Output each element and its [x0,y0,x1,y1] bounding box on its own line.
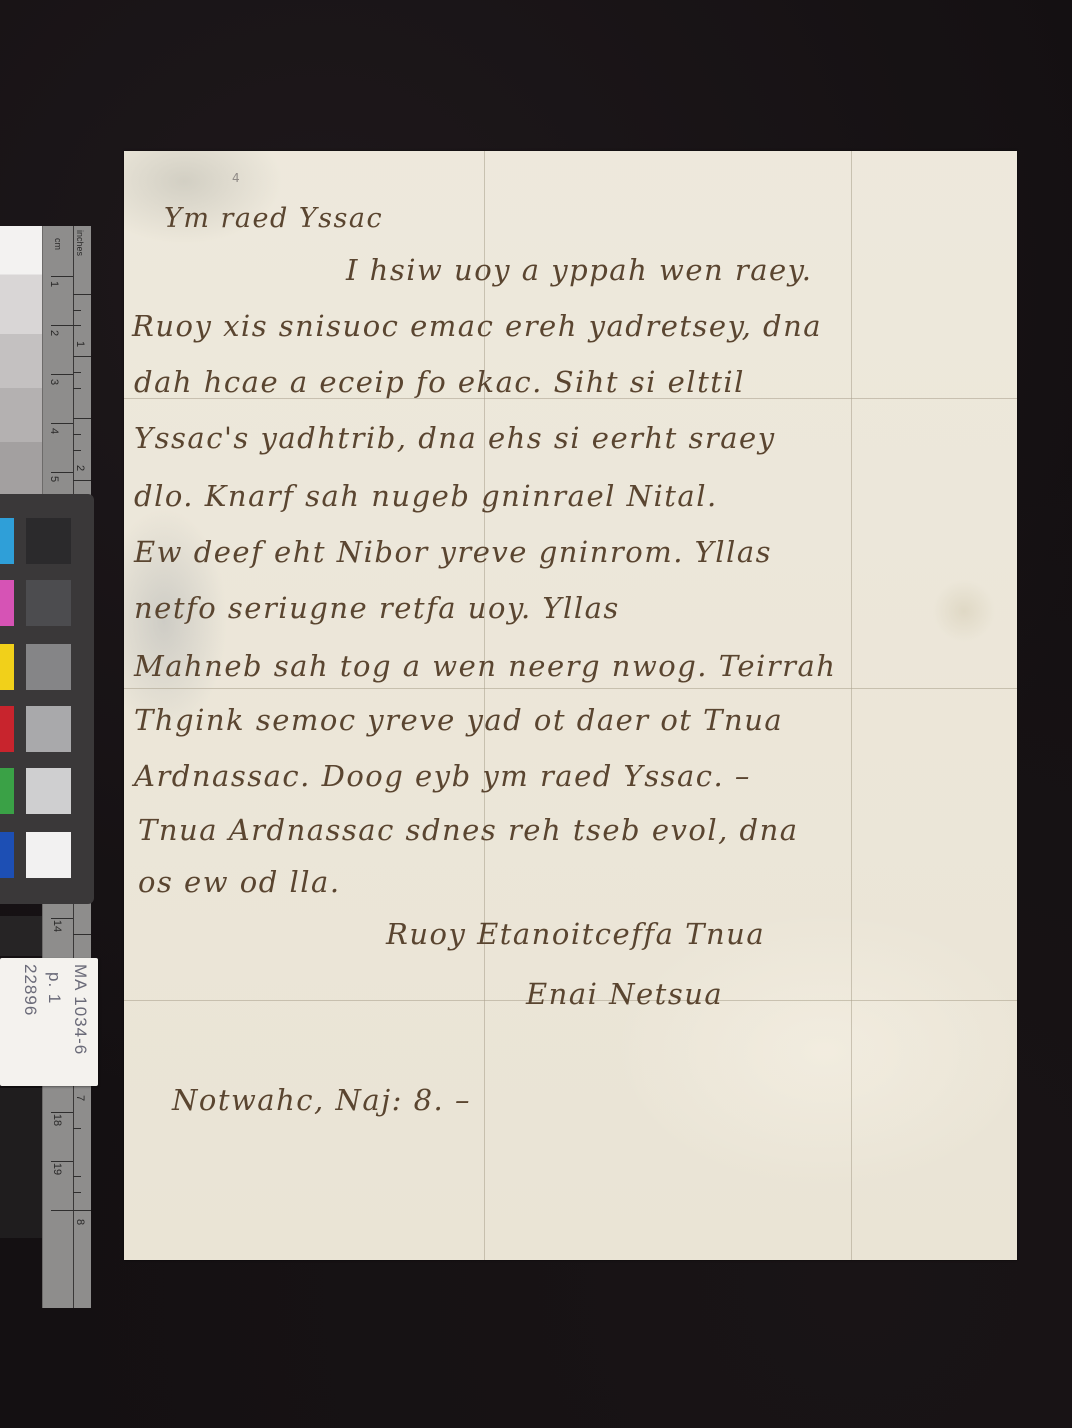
letter-line: Thgink semoc yreve yad ot daer ot Tnua [134,703,783,737]
fold-line-vertical [851,151,852,1260]
letter-line: I hsiw uoy a yppah wen raey. [346,253,812,287]
color-checker-card [0,494,94,904]
letter-line: Ardnassac. Doog eyb ym raed Yssac. – [134,759,751,793]
color-swatch-blue [0,832,14,878]
grey-patch-lighter [26,768,71,814]
ruler-tick [73,310,81,311]
grey-patch-mid [26,644,71,690]
ruler-tick [73,1176,81,1177]
letter-line: Mahneb sah tog a wen neerg nwog. Teirrah [134,649,836,683]
ruler-inch-mark: 1 [74,341,86,347]
archive-label-page: p. 1 [44,972,64,1004]
grey-patch-white [26,832,71,878]
color-swatch-magenta [0,580,14,626]
letter-line: Tnua Ardnassac sdnes reh tseb evol, dna [138,813,799,847]
ruler-cm-mark: 4 [48,428,60,434]
grey-patch-black [26,518,71,564]
ruler-tick [73,418,91,419]
ruler-tick [73,1192,81,1193]
ruler-tick [73,480,91,481]
dark-panel [0,916,42,956]
ruler-tick [73,434,81,435]
color-swatch-yellow [0,644,14,690]
ruler-tick [73,325,81,326]
ruler-cm-label: cm [53,238,63,250]
letter-line: Ew deef eht Nibor yreve gninrom. Yllas [134,535,772,569]
ruler-cm-mark: 18 [51,1114,63,1126]
ruler-tick [51,472,73,473]
letter-closing: Ruoy Etanoitceffa Tnua [386,917,765,951]
ruler-tick [51,1161,73,1162]
ruler-tick [73,356,91,357]
ruler-inches-label: inches [75,230,85,256]
letter-line: dlo. Knarf sah nugeb gninrael Nital. [134,479,718,513]
ruler-tick [73,294,91,295]
letter-line: os ew od lla. [138,865,341,899]
color-swatch-green [0,768,14,814]
letter-salutation: Ym raed Yssac [164,203,383,234]
dark-panel-lower [0,1088,42,1238]
letter-dateline: Notwahc, Naj: 8. – [172,1083,471,1117]
archive-label-callno: MA 1034-6 [70,964,90,1055]
ruler-tick [51,374,73,375]
ruler-tick [51,918,73,919]
ruler-cm-mark: 3 [48,379,60,385]
ruler-inch-mark: 7 [74,1095,86,1101]
ruler-inch-mark: 8 [74,1219,86,1225]
color-swatch-cyan [0,518,14,564]
calibration-target: cm inches 1 2 3 4 5 1 2 14 7 18 19 8 [0,226,90,1308]
letter-line: Yssac's yadhtrib, dna ehs si eerht sraey [134,421,776,455]
ruler-tick [73,372,81,373]
grey-patch-dark [26,580,71,626]
archive-label: MA 1034-6 p. 1 22896 [0,958,98,1086]
ruler-tick [51,276,73,277]
letter-paper: 4 Ym raed Yssac I hsiw uoy a yppah wen r… [124,151,1017,1260]
ruler-tick [73,934,91,935]
pencil-mark: 4 [232,171,240,185]
ruler-cm-mark: 1 [48,281,60,287]
ruler-cm-mark: 14 [51,920,63,932]
ruler-cm-mark: 19 [51,1163,63,1175]
letter-line: dah hcae a eceip fo ekac. Siht si elttil [134,365,745,399]
ruler-tick [73,450,81,451]
ruler-tick [51,1112,73,1113]
letter-line: Ruoy xis snisuoc emac ereh yadretsey, dn… [132,309,822,343]
grey-scale-strip [0,226,42,496]
color-swatch-red [0,706,14,752]
ruler-cm-mark: 2 [48,330,60,336]
archive-label-id: 22896 [20,964,40,1016]
ruler-tick [73,1128,81,1129]
ruler-tick [73,388,81,389]
ruler-tick [51,325,73,326]
ruler-tick [51,1210,91,1211]
ruler-tick [51,423,73,424]
ruler-inch-mark: 2 [74,465,86,471]
ruler-cm-mark: 5 [48,476,60,482]
letter-signature: Enai Netsua [526,977,723,1011]
fold-line-horizontal [124,688,1017,689]
grey-patch-light [26,706,71,752]
letter-line: netfo seriugne retfa uoy. Yllas [134,591,620,625]
